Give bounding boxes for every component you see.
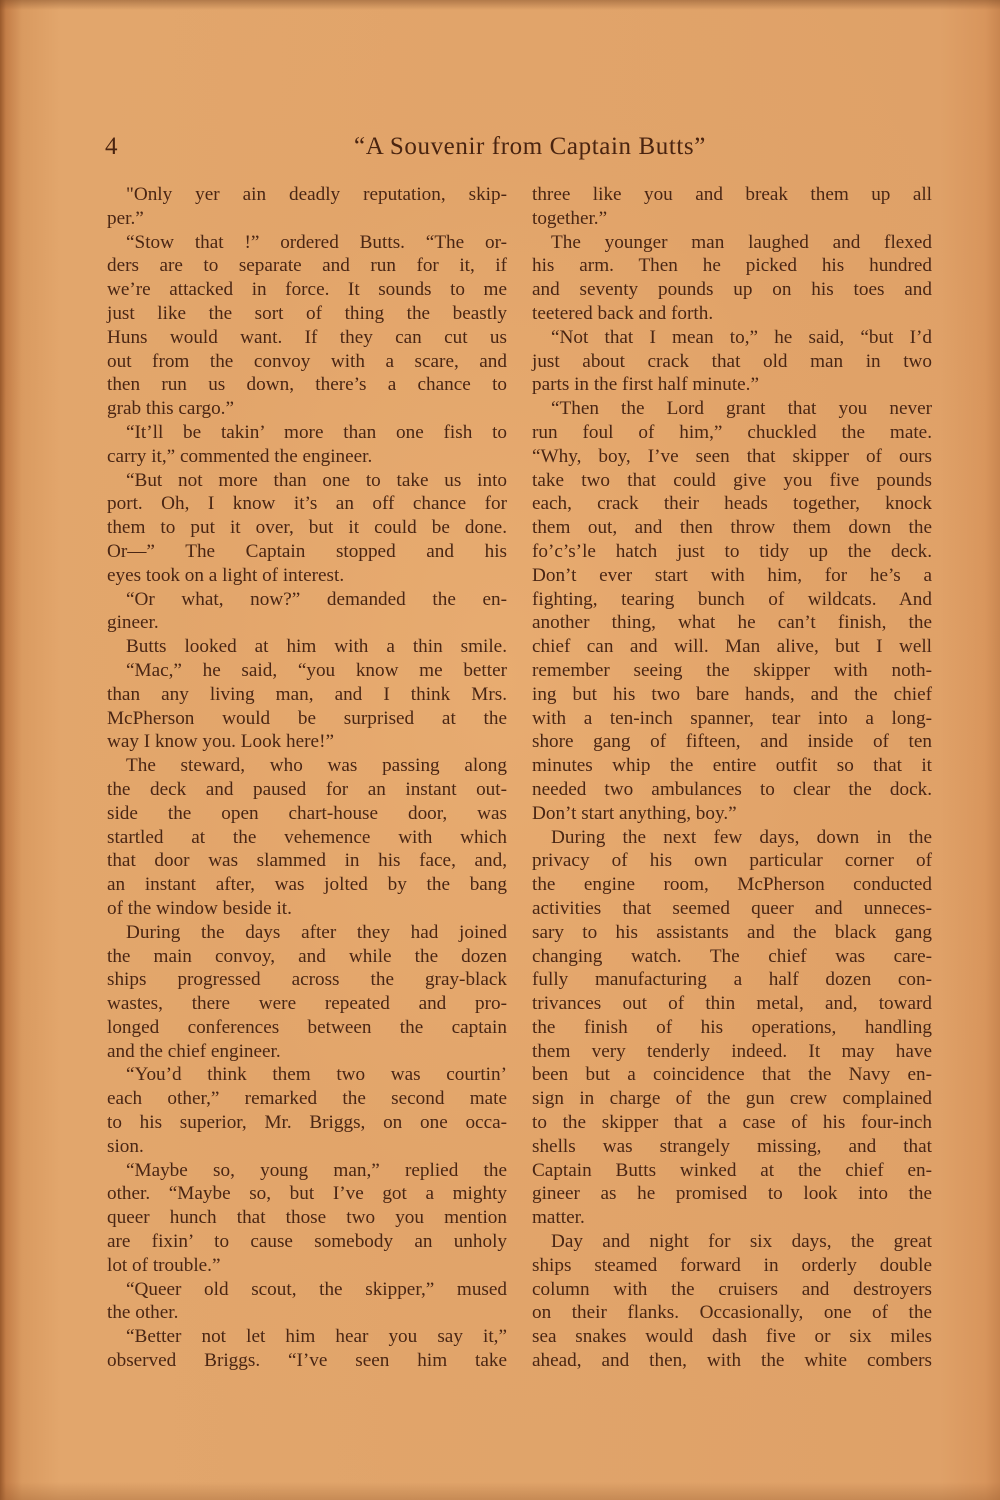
text-line: his arm. Then he picked his hundred [532,254,932,278]
text-line: gineer as he promised to look into the [532,1182,932,1206]
text-line: each, crack their heads together, knock [532,492,932,516]
text-line: the other. [107,1301,507,1325]
text-line: “But not more than one to take us into [107,469,507,493]
text-line: shells was strangely missing, and that [532,1135,932,1159]
text-line: The steward, who was passing along [107,754,507,778]
text-line: side the open chart-house door, was [107,802,507,826]
text-line: then run us down, there’s a chance to [107,373,507,397]
text-line: needed two ambulances to clear the dock. [532,778,932,802]
text-line: “Better not let him hear you say it,” [107,1325,507,1349]
text-line: Huns would want. If they can cut us [107,326,507,350]
text-line: together.” [532,207,932,231]
text-line: the engine room, McPherson conducted [532,873,932,897]
text-line: Or—” The Captain stopped and his [107,540,507,564]
text-line: sary to his assistants and the black gan… [532,921,932,945]
text-column-left: "Only yer ain deadly reputation, skip-pe… [107,183,507,1373]
text-line: “Mac,” he said, “you know me better [107,659,507,683]
text-line: ing but his two bare hands, and the chie… [532,683,932,707]
text-line: per.” [107,207,507,231]
text-line: “Not that I mean to,” he said, “but I’d [532,326,932,350]
text-line: changing watch. The chief was care- [532,945,932,969]
text-line: parts in the first half minute.” [532,373,932,397]
text-line: three like you and break them up all [532,183,932,207]
text-line: matter. [532,1206,932,1230]
text-line: “Queer old scout, the skipper,” mused [107,1278,507,1302]
text-line: to his superior, Mr. Briggs, on one occa… [107,1111,507,1135]
text-line: Don’t start anything, boy.” [532,802,932,826]
text-line: column with the cruisers and destroyers [532,1278,932,1302]
text-line: “Then the Lord grant that you never [532,397,932,421]
text-line: ahead, and then, with the white combers [532,1349,932,1373]
text-line: queer hunch that those two you mention [107,1206,507,1230]
text-line: are fixin’ to cause somebody an unholy [107,1230,507,1254]
text-line: and seventy pounds up on his toes and [532,278,932,302]
text-line: the main convoy, and while the dozen [107,945,507,969]
text-line: other. “Maybe so, but I’ve got a mighty [107,1182,507,1206]
text-line: teetered back and forth. [532,302,932,326]
text-line: “Maybe so, young man,” replied the [107,1159,507,1183]
text-line: an instant after, was jolted by the bang [107,873,507,897]
text-line: sea snakes would dash five or six miles [532,1325,932,1349]
text-line: with a ten-inch spanner, tear into a lon… [532,707,932,731]
text-line: the finish of his operations, handling [532,1016,932,1040]
text-line: privacy of his own particular corner of [532,849,932,873]
running-title: “A Souvenir from Captain Butts” [315,133,745,161]
text-line: out from the convoy with a scare, and [107,350,507,374]
text-line: and the chief engineer. [107,1040,507,1064]
text-line: ships progressed across the gray-black [107,968,507,992]
text-line: each other,” remarked the second mate [107,1087,507,1111]
text-line: we’re attacked in force. It sounds to me [107,278,507,302]
text-line: Don’t ever start with him, for he’s a [532,564,932,588]
text-line: “You’d think them two was courtin’ [107,1063,507,1087]
text-line: take two that could give you five pounds [532,469,932,493]
text-line: ders are to separate and run for it, if [107,254,507,278]
text-line: McPherson would be surprised at the [107,707,507,731]
text-line: The younger man laughed and flexed [532,231,932,255]
book-page: 4 “A Souvenir from Captain Butts” "Only … [0,0,1000,1500]
text-line: way I know you. Look here!” [107,730,507,754]
text-line: "Only yer ain deadly reputation, skip- [107,183,507,207]
page-number: 4 [105,133,118,161]
text-column-right: three like you and break them up alltoge… [532,183,932,1373]
text-line: “Why, boy, I’ve seen that skipper of our… [532,445,932,469]
text-line: grab this cargo.” [107,397,507,421]
text-line: them very tenderly indeed. It may have [532,1040,932,1064]
text-line: eyes took on a light of interest. [107,564,507,588]
text-line: on their flanks. Occasionally, one of th… [532,1301,932,1325]
text-line: Day and night for six days, the great [532,1230,932,1254]
text-line: activities that seemed queer and unneces… [532,897,932,921]
text-line: been but a coincidence that the Navy en- [532,1063,932,1087]
text-line: sign in charge of the gun crew complaine… [532,1087,932,1111]
text-line: just like the sort of thing the beastly [107,302,507,326]
text-line: fighting, tearing bunch of wildcats. And [532,588,932,612]
text-line: chief can and will. Man alive, but I wel… [532,635,932,659]
text-line: them to put it over, but it could be don… [107,516,507,540]
text-line: startled at the vehemence with which [107,826,507,850]
text-line: During the days after they had joined [107,921,507,945]
text-line: the deck and paused for an instant out- [107,778,507,802]
text-line: to the skipper that a case of his four-i… [532,1111,932,1135]
text-line: minutes whip the entire outfit so that i… [532,754,932,778]
text-line: observed Briggs. “I’ve seen him take [107,1349,507,1373]
text-line: just about crack that old man in two [532,350,932,374]
text-line: “It’ll be takin’ more than one fish to [107,421,507,445]
text-line: Captain Butts winked at the chief en- [532,1159,932,1183]
text-line: trivances out of thin metal, and, toward [532,992,932,1016]
text-line: them out, and then throw them down the [532,516,932,540]
text-line: lot of trouble.” [107,1254,507,1278]
page-header: 4 “A Souvenir from Captain Butts” [105,133,935,169]
text-line: another thing, what he can’t finish, the [532,611,932,635]
text-line: than any living man, and I think Mrs. [107,683,507,707]
text-line: “Stow that !” ordered Butts. “The or- [107,231,507,255]
text-line: “Or what, now?” demanded the en- [107,588,507,612]
text-line: carry it,” commented the engineer. [107,445,507,469]
text-line: of the window beside it. [107,897,507,921]
text-line: wastes, there were repeated and pro- [107,992,507,1016]
text-line: shore gang of fifteen, and inside of ten [532,730,932,754]
text-line: Butts looked at him with a thin smile. [107,635,507,659]
text-line: longed conferences between the captain [107,1016,507,1040]
text-line: gineer. [107,611,507,635]
text-line: sion. [107,1135,507,1159]
text-line: run foul of him,” chuckled the mate. [532,421,932,445]
text-line: port. Oh, I know it’s an off chance for [107,492,507,516]
text-line: fully manufacturing a half dozen con- [532,968,932,992]
text-line: ships steamed forward in orderly double [532,1254,932,1278]
text-line: During the next few days, down in the [532,826,932,850]
text-line: that door was slammed in his face, and, [107,849,507,873]
text-line: remember seeing the skipper with noth- [532,659,932,683]
text-line: fo’c’s’le hatch just to tidy up the deck… [532,540,932,564]
